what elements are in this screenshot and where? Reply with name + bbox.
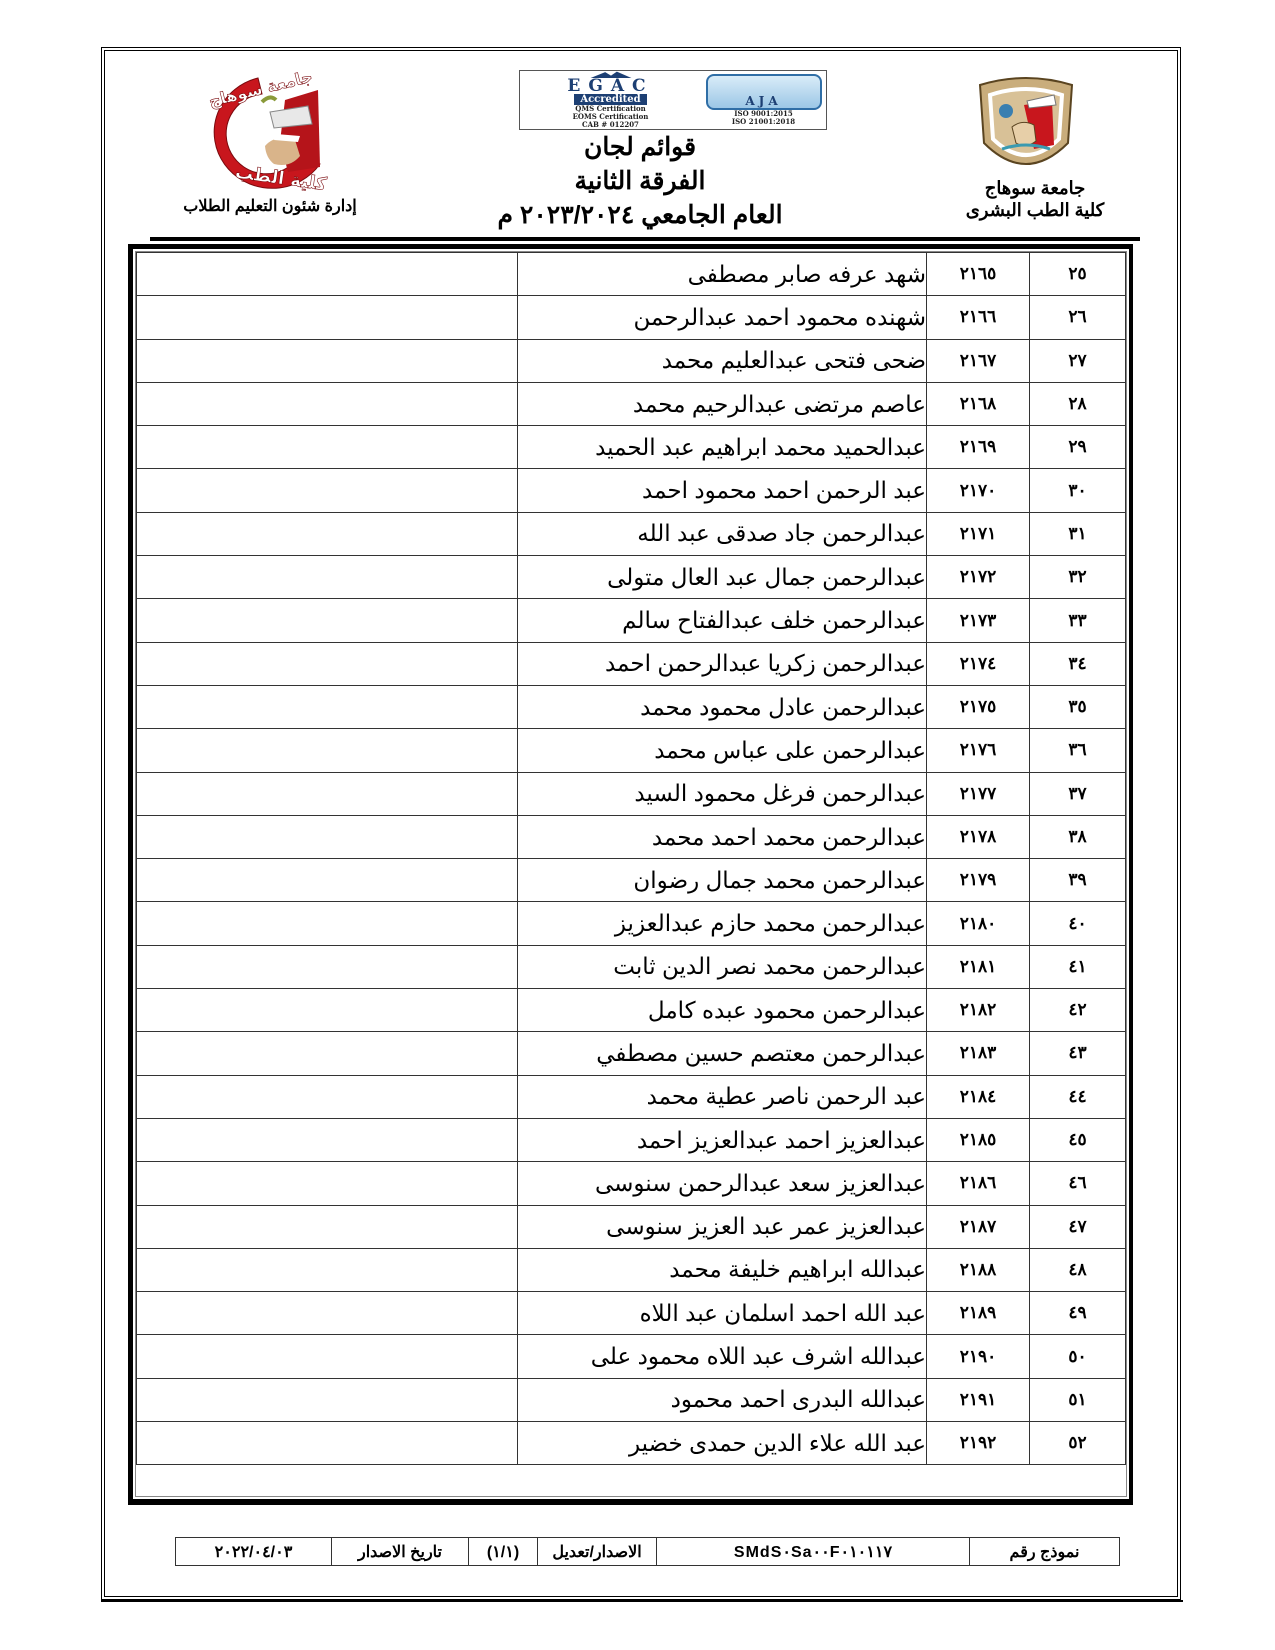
student-name: عبد الله علاء الدين حمدى خضير <box>518 1422 927 1465</box>
table-row: ٢٧٢١٦٧ضحى فتحى عبدالعليم محمد <box>137 339 1126 382</box>
row-index: ٤٢ <box>1030 989 1126 1032</box>
header-divider <box>150 237 1140 241</box>
roster-table: ٢٥٢١٦٥شهد عرفه صابر مصطفى٢٦٢١٦٦شهنده محم… <box>136 252 1126 1465</box>
row-index: ٤٧ <box>1030 1205 1126 1248</box>
signature-cell <box>137 772 518 815</box>
signature-cell <box>137 859 518 902</box>
faculty-logo: جامعة سوهاج كلية الطب <box>170 72 345 192</box>
student-name: عبدالرحمن محمد احمد محمد <box>518 815 927 858</box>
student-name: عبدالرحمن محمد نصر الدين ثابت <box>518 945 927 988</box>
table-row: ٤٠٢١٨٠عبدالرحمن محمد حازم عبدالعزيز <box>137 902 1126 945</box>
student-name: عبدالرحمن جاد صدقى عبد الله <box>518 512 927 555</box>
seat-number: ٢١٧١ <box>927 512 1030 555</box>
student-name: عبدالرحمن جمال عبد العال متولى <box>518 556 927 599</box>
row-index: ٥٢ <box>1030 1422 1126 1465</box>
row-index: ٤٩ <box>1030 1292 1126 1335</box>
seat-number: ٢١٨٦ <box>927 1162 1030 1205</box>
seat-number: ٢١٦٧ <box>927 339 1030 382</box>
table-row: ٣٩٢١٧٩عبدالرحمن محمد جمال رضوان <box>137 859 1126 902</box>
signature-cell <box>137 1205 518 1248</box>
signature-cell <box>137 1292 518 1335</box>
student-name: شهد عرفه صابر مصطفى <box>518 253 927 296</box>
signature-cell <box>137 426 518 469</box>
student-name: عبدالرحمن محمود عبده كامل <box>518 989 927 1032</box>
egac-badge: EGAC Accredited QMS Certification EOMS C… <box>520 71 701 129</box>
seat-number: ٢١٦٥ <box>927 253 1030 296</box>
row-index: ٣٢ <box>1030 556 1126 599</box>
row-index: ٤٤ <box>1030 1075 1126 1118</box>
signature-cell <box>137 989 518 1032</box>
issue-date: ٢٠٢٢/٠٤/٠٣ <box>176 1538 332 1566</box>
table-row: ٣٧٢١٧٧عبدالرحمن فرغل محمود السيد <box>137 772 1126 815</box>
seat-number: ٢١٨٨ <box>927 1248 1030 1291</box>
student-name: عبدالرحمن عادل محمود محمد <box>518 685 927 728</box>
seat-number: ٢١٦٩ <box>927 426 1030 469</box>
seat-number: ٢١٧٧ <box>927 772 1030 815</box>
table-row: ٤٨٢١٨٨عبدالله ابراهيم خليفة محمد <box>137 1248 1126 1291</box>
row-index: ٣٩ <box>1030 859 1126 902</box>
table-row: ٢٥٢١٦٥شهد عرفه صابر مصطفى <box>137 253 1126 296</box>
seat-number: ٢١٧٨ <box>927 815 1030 858</box>
student-name: عبدالرحمن معتصم حسين مصطفي <box>518 1032 927 1075</box>
table-row: ٤٣٢١٨٣عبدالرحمن معتصم حسين مصطفي <box>137 1032 1126 1075</box>
university-crest-icon <box>972 75 1080 180</box>
seat-number: ٢١٧٤ <box>927 642 1030 685</box>
student-name: عبدالرحمن فرغل محمود السيد <box>518 772 927 815</box>
student-name: عبدالرحمن زكريا عبدالرحمن احمد <box>518 642 927 685</box>
department-caption: إدارة شئون التعليم الطلاب <box>150 196 390 216</box>
row-index: ٢٨ <box>1030 382 1126 425</box>
row-index: ٤٣ <box>1030 1032 1126 1075</box>
signature-cell <box>137 296 518 339</box>
seat-number: ٢١٨٠ <box>927 902 1030 945</box>
row-index: ٣٧ <box>1030 772 1126 815</box>
row-index: ٤٠ <box>1030 902 1126 945</box>
signature-cell <box>137 469 518 512</box>
student-name: عبدالرحمن محمد حازم عبدالعزيز <box>518 902 927 945</box>
student-name: عبد الرحمن احمد محمود احمد <box>518 469 927 512</box>
row-index: ٣٤ <box>1030 642 1126 685</box>
table-row: ٣١٢١٧١عبدالرحمن جاد صدقى عبد الله <box>137 512 1126 555</box>
student-name: ضحى فتحى عبدالعليم محمد <box>518 339 927 382</box>
row-index: ٣٥ <box>1030 685 1126 728</box>
row-index: ٥١ <box>1030 1378 1126 1421</box>
seat-number: ٢١٩٠ <box>927 1335 1030 1378</box>
student-name: عاصم مرتضى عبدالرحيم محمد <box>518 382 927 425</box>
signature-cell <box>137 599 518 642</box>
row-index: ٤٨ <box>1030 1248 1126 1291</box>
row-index: ٥٠ <box>1030 1335 1126 1378</box>
seat-number: ٢١٧٠ <box>927 469 1030 512</box>
table-row: ٣٢٢١٧٢عبدالرحمن جمال عبد العال متولى <box>137 556 1126 599</box>
form-footer: نموذج رقم SMdS٠Sa٠٠F٠١٠١١٧ الاصدار/تعديل… <box>175 1537 1120 1566</box>
table-row: ٣٨٢١٧٨عبدالرحمن محمد احمد محمد <box>137 815 1126 858</box>
table-row: ٥٠٢١٩٠عبدالله اشرف عبد اللاه محمود على <box>137 1335 1126 1378</box>
student-name: عبدالرحمن على عباس محمد <box>518 729 927 772</box>
table-row: ٤٦٢١٨٦عبدالعزيز سعد عبدالرحمن سنوسى <box>137 1162 1126 1205</box>
row-index: ٢٩ <box>1030 426 1126 469</box>
table-row: ٣٣٢١٧٣عبدالرحمن خلف عبدالفتاح سالم <box>137 599 1126 642</box>
signature-cell <box>137 1162 518 1205</box>
academic-year: العام الجامعي ٢٠٢٣/٢٠٢٤ م <box>440 200 840 230</box>
signature-cell <box>137 815 518 858</box>
student-name: شهنده محمود احمد عبدالرحمن <box>518 296 927 339</box>
signature-cell <box>137 1118 518 1161</box>
page-subtitle: الفرقة الثانية <box>480 166 800 196</box>
issue-date-label: تاريخ الاصدار <box>332 1538 469 1566</box>
seat-number: ٢١٨١ <box>927 945 1030 988</box>
signature-cell <box>137 642 518 685</box>
seat-number: ٢١٨٣ <box>927 1032 1030 1075</box>
signature-cell <box>137 1248 518 1291</box>
table-row: ٢٩٢١٦٩عبدالحميد محمد ابراهيم عبد الحميد <box>137 426 1126 469</box>
seat-number: ٢١٨٢ <box>927 989 1030 1032</box>
table-row: ٤٩٢١٨٩عبد الله احمد اسلمان عبد اللاه <box>137 1292 1126 1335</box>
row-index: ٤٦ <box>1030 1162 1126 1205</box>
row-index: ٣٠ <box>1030 469 1126 512</box>
student-name: عبدالله اشرف عبد اللاه محمود على <box>518 1335 927 1378</box>
university-crest <box>972 75 1080 180</box>
student-name: عبدالله البدرى احمد محمود <box>518 1378 927 1421</box>
globe-icon: AJA <box>706 74 822 110</box>
signature-cell <box>137 685 518 728</box>
table-row: ٥١٢١٩١عبدالله البدرى احمد محمود <box>137 1378 1126 1421</box>
form-number-label: نموذج رقم <box>970 1538 1120 1566</box>
row-index: ٢٧ <box>1030 339 1126 382</box>
row-index: ٤١ <box>1030 945 1126 988</box>
signature-cell <box>137 339 518 382</box>
row-index: ٢٦ <box>1030 296 1126 339</box>
row-index: ٣٣ <box>1030 599 1126 642</box>
seat-number: ٢١٦٦ <box>927 296 1030 339</box>
signature-cell <box>137 512 518 555</box>
seat-number: ٢١٧٥ <box>927 685 1030 728</box>
table-row: ٣٥٢١٧٥عبدالرحمن عادل محمود محمد <box>137 685 1126 728</box>
student-name: عبد الرحمن ناصر عطية محمد <box>518 1075 927 1118</box>
signature-cell <box>137 902 518 945</box>
faculty-name: كلية الطب البشرى <box>950 200 1120 221</box>
aja-badge: AJA ISO 9001:2015 ISO 21001:2018 <box>701 71 826 129</box>
student-name: عبدالعزيز سعد عبدالرحمن سنوسى <box>518 1162 927 1205</box>
seat-number: ٢١٧٩ <box>927 859 1030 902</box>
table-row: ٤١٢١٨١عبدالرحمن محمد نصر الدين ثابت <box>137 945 1126 988</box>
row-index: ٣٦ <box>1030 729 1126 772</box>
row-index: ٢٥ <box>1030 253 1126 296</box>
signature-cell <box>137 1032 518 1075</box>
roster-table-frame: ٢٥٢١٦٥شهد عرفه صابر مصطفى٢٦٢١٦٦شهنده محم… <box>128 244 1133 1505</box>
signature-cell <box>137 1422 518 1465</box>
table-row: ٤٤٢١٨٤عبد الرحمن ناصر عطية محمد <box>137 1075 1126 1118</box>
seat-number: ٢١٨٧ <box>927 1205 1030 1248</box>
signature-cell <box>137 729 518 772</box>
signature-cell <box>137 1378 518 1421</box>
row-index: ٣٨ <box>1030 815 1126 858</box>
seat-number: ٢١٨٥ <box>927 1118 1030 1161</box>
student-name: عبدالحميد محمد ابراهيم عبد الحميد <box>518 426 927 469</box>
table-row: ٣٠٢١٧٠عبد الرحمن احمد محمود احمد <box>137 469 1126 512</box>
student-name: عبدالعزيز عمر عبد العزيز سنوسى <box>518 1205 927 1248</box>
table-row: ٣٦٢١٧٦عبدالرحمن على عباس محمد <box>137 729 1126 772</box>
seat-number: ٢١٧٢ <box>927 556 1030 599</box>
signature-cell <box>137 945 518 988</box>
student-name: عبدالرحمن محمد جمال رضوان <box>518 859 927 902</box>
version-value: (١/١) <box>469 1538 538 1566</box>
row-index: ٣١ <box>1030 512 1126 555</box>
table-row: ٤٥٢١٨٥عبدالعزيز احمد عبدالعزيز احمد <box>137 1118 1126 1161</box>
seat-number: ٢١٨٩ <box>927 1292 1030 1335</box>
table-row: ٤٧٢١٨٧عبدالعزيز عمر عبد العزيز سنوسى <box>137 1205 1126 1248</box>
seat-number: ٢١٨٤ <box>927 1075 1030 1118</box>
student-name: عبدالرحمن خلف عبدالفتاح سالم <box>518 599 927 642</box>
table-row: ٥٢٢١٩٢عبد الله علاء الدين حمدى خضير <box>137 1422 1126 1465</box>
form-number: SMdS٠Sa٠٠F٠١٠١١٧ <box>657 1538 970 1566</box>
signature-cell <box>137 556 518 599</box>
student-name: عبدالله ابراهيم خليفة محمد <box>518 1248 927 1291</box>
table-row: ٢٦٢١٦٦شهنده محمود احمد عبدالرحمن <box>137 296 1126 339</box>
seat-number: ٢١٩٢ <box>927 1422 1030 1465</box>
signature-cell <box>137 382 518 425</box>
table-row: ٢٨٢١٦٨عاصم مرتضى عبدالرحيم محمد <box>137 382 1126 425</box>
student-name: عبد الله احمد اسلمان عبد اللاه <box>518 1292 927 1335</box>
table-row: ٣٤٢١٧٤عبدالرحمن زكريا عبدالرحمن احمد <box>137 642 1126 685</box>
seat-number: ٢١٧٣ <box>927 599 1030 642</box>
page-title: قوائم لجان <box>480 132 800 162</box>
version-label: الاصدار/تعديل <box>538 1538 657 1566</box>
row-index: ٤٥ <box>1030 1118 1126 1161</box>
table-row: ٤٢٢١٨٢عبدالرحمن محمود عبده كامل <box>137 989 1126 1032</box>
seat-number: ٢١٦٨ <box>927 382 1030 425</box>
crescent-logo-icon: جامعة سوهاج كلية الطب <box>170 72 345 192</box>
signature-cell <box>137 1075 518 1118</box>
certification-badges: EGAC Accredited QMS Certification EOMS C… <box>519 70 827 130</box>
seat-number: ٢١٧٦ <box>927 729 1030 772</box>
seat-number: ٢١٩١ <box>927 1378 1030 1421</box>
signature-cell <box>137 1335 518 1378</box>
university-name: جامعة سوهاج <box>950 178 1120 199</box>
student-name: عبدالعزيز احمد عبدالعزيز احمد <box>518 1118 927 1161</box>
signature-cell <box>137 253 518 296</box>
